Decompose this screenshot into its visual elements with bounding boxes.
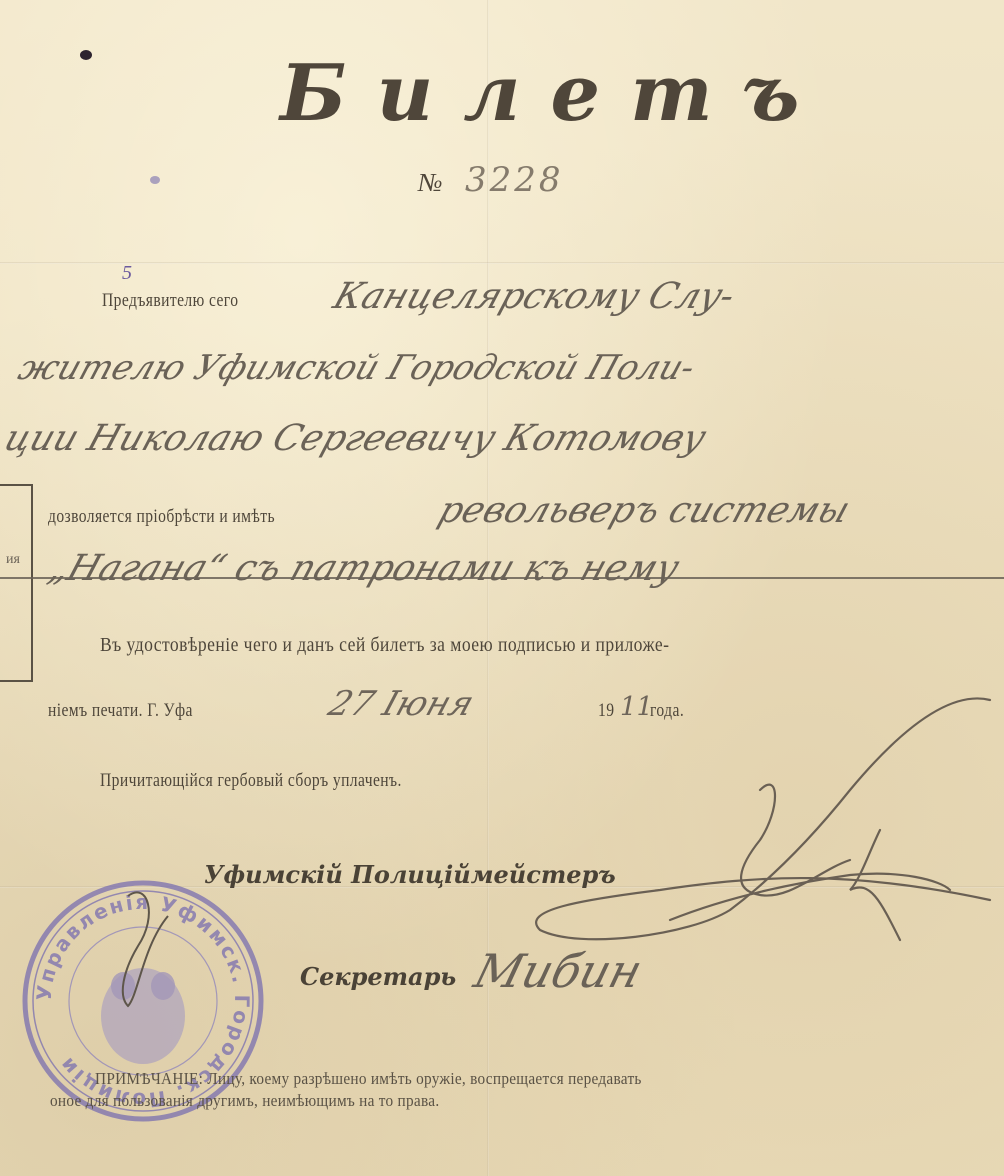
handwritten-bearer-line-1: Канцелярскому Слу- [328, 276, 740, 317]
number-sign: № [418, 168, 443, 197]
handwritten-date: 27 Iюня [324, 684, 479, 724]
secretary-label: Секретарь [300, 962, 456, 991]
footnote: ПРИМѢЧАНІЕ: Лицу, коему разрѣшено имѣть … [50, 1068, 1000, 1112]
fee-paid-note: Причитающійся гербовый сборъ уплаченъ. [100, 770, 402, 792]
handwritten-weapon-line-2: „Нагана“ съ патронами къ нему [43, 548, 684, 589]
ticket-number: № 3228 [418, 160, 564, 200]
handwritten-bearer-line-3: ции Николаю Сергеевичу Котомову [0, 418, 711, 459]
ticket-number-value: 3228 [465, 160, 564, 200]
handwritten-bearer-line-2: жителю Уфимской Городской Поли- [14, 348, 701, 388]
ink-speck [150, 176, 160, 184]
secretary-signature: Мибин [469, 944, 648, 998]
certification-line-2: ніемъ печати. Г. Уфа 27 Iюня 19 11 года. [48, 700, 225, 722]
certification-line-1: Въ удостовѣреніе чего и данъ сей билетъ … [100, 634, 669, 657]
margin-box [0, 484, 33, 682]
ink-blot [80, 50, 92, 60]
permission-label: дозволяется пріобрѣсти и имѣть [48, 506, 275, 528]
bearer-label: Предъявителю сего [102, 290, 238, 312]
marginal-mark: 5 [122, 262, 132, 285]
footnote-line-2: оное для пользованія другимъ, неимѣющимъ… [50, 1090, 905, 1112]
footnote-line-1: ПРИМѢЧАНІЕ: Лицу, коему разрѣшено имѣть … [50, 1068, 905, 1090]
margin-box-fragment: ия [6, 552, 20, 568]
permit-document: Билетъ № 3228 5 Предъявителю сего Канцел… [0, 0, 1004, 1176]
place-label: ніемъ печати. Г. Уфа [48, 700, 193, 722]
police-chief-signature [520, 690, 1000, 950]
document-title: Билетъ [280, 48, 829, 139]
handwritten-weapon-line-1: револьверъ системы [433, 490, 855, 531]
horizontal-fold-crease [0, 262, 1004, 264]
